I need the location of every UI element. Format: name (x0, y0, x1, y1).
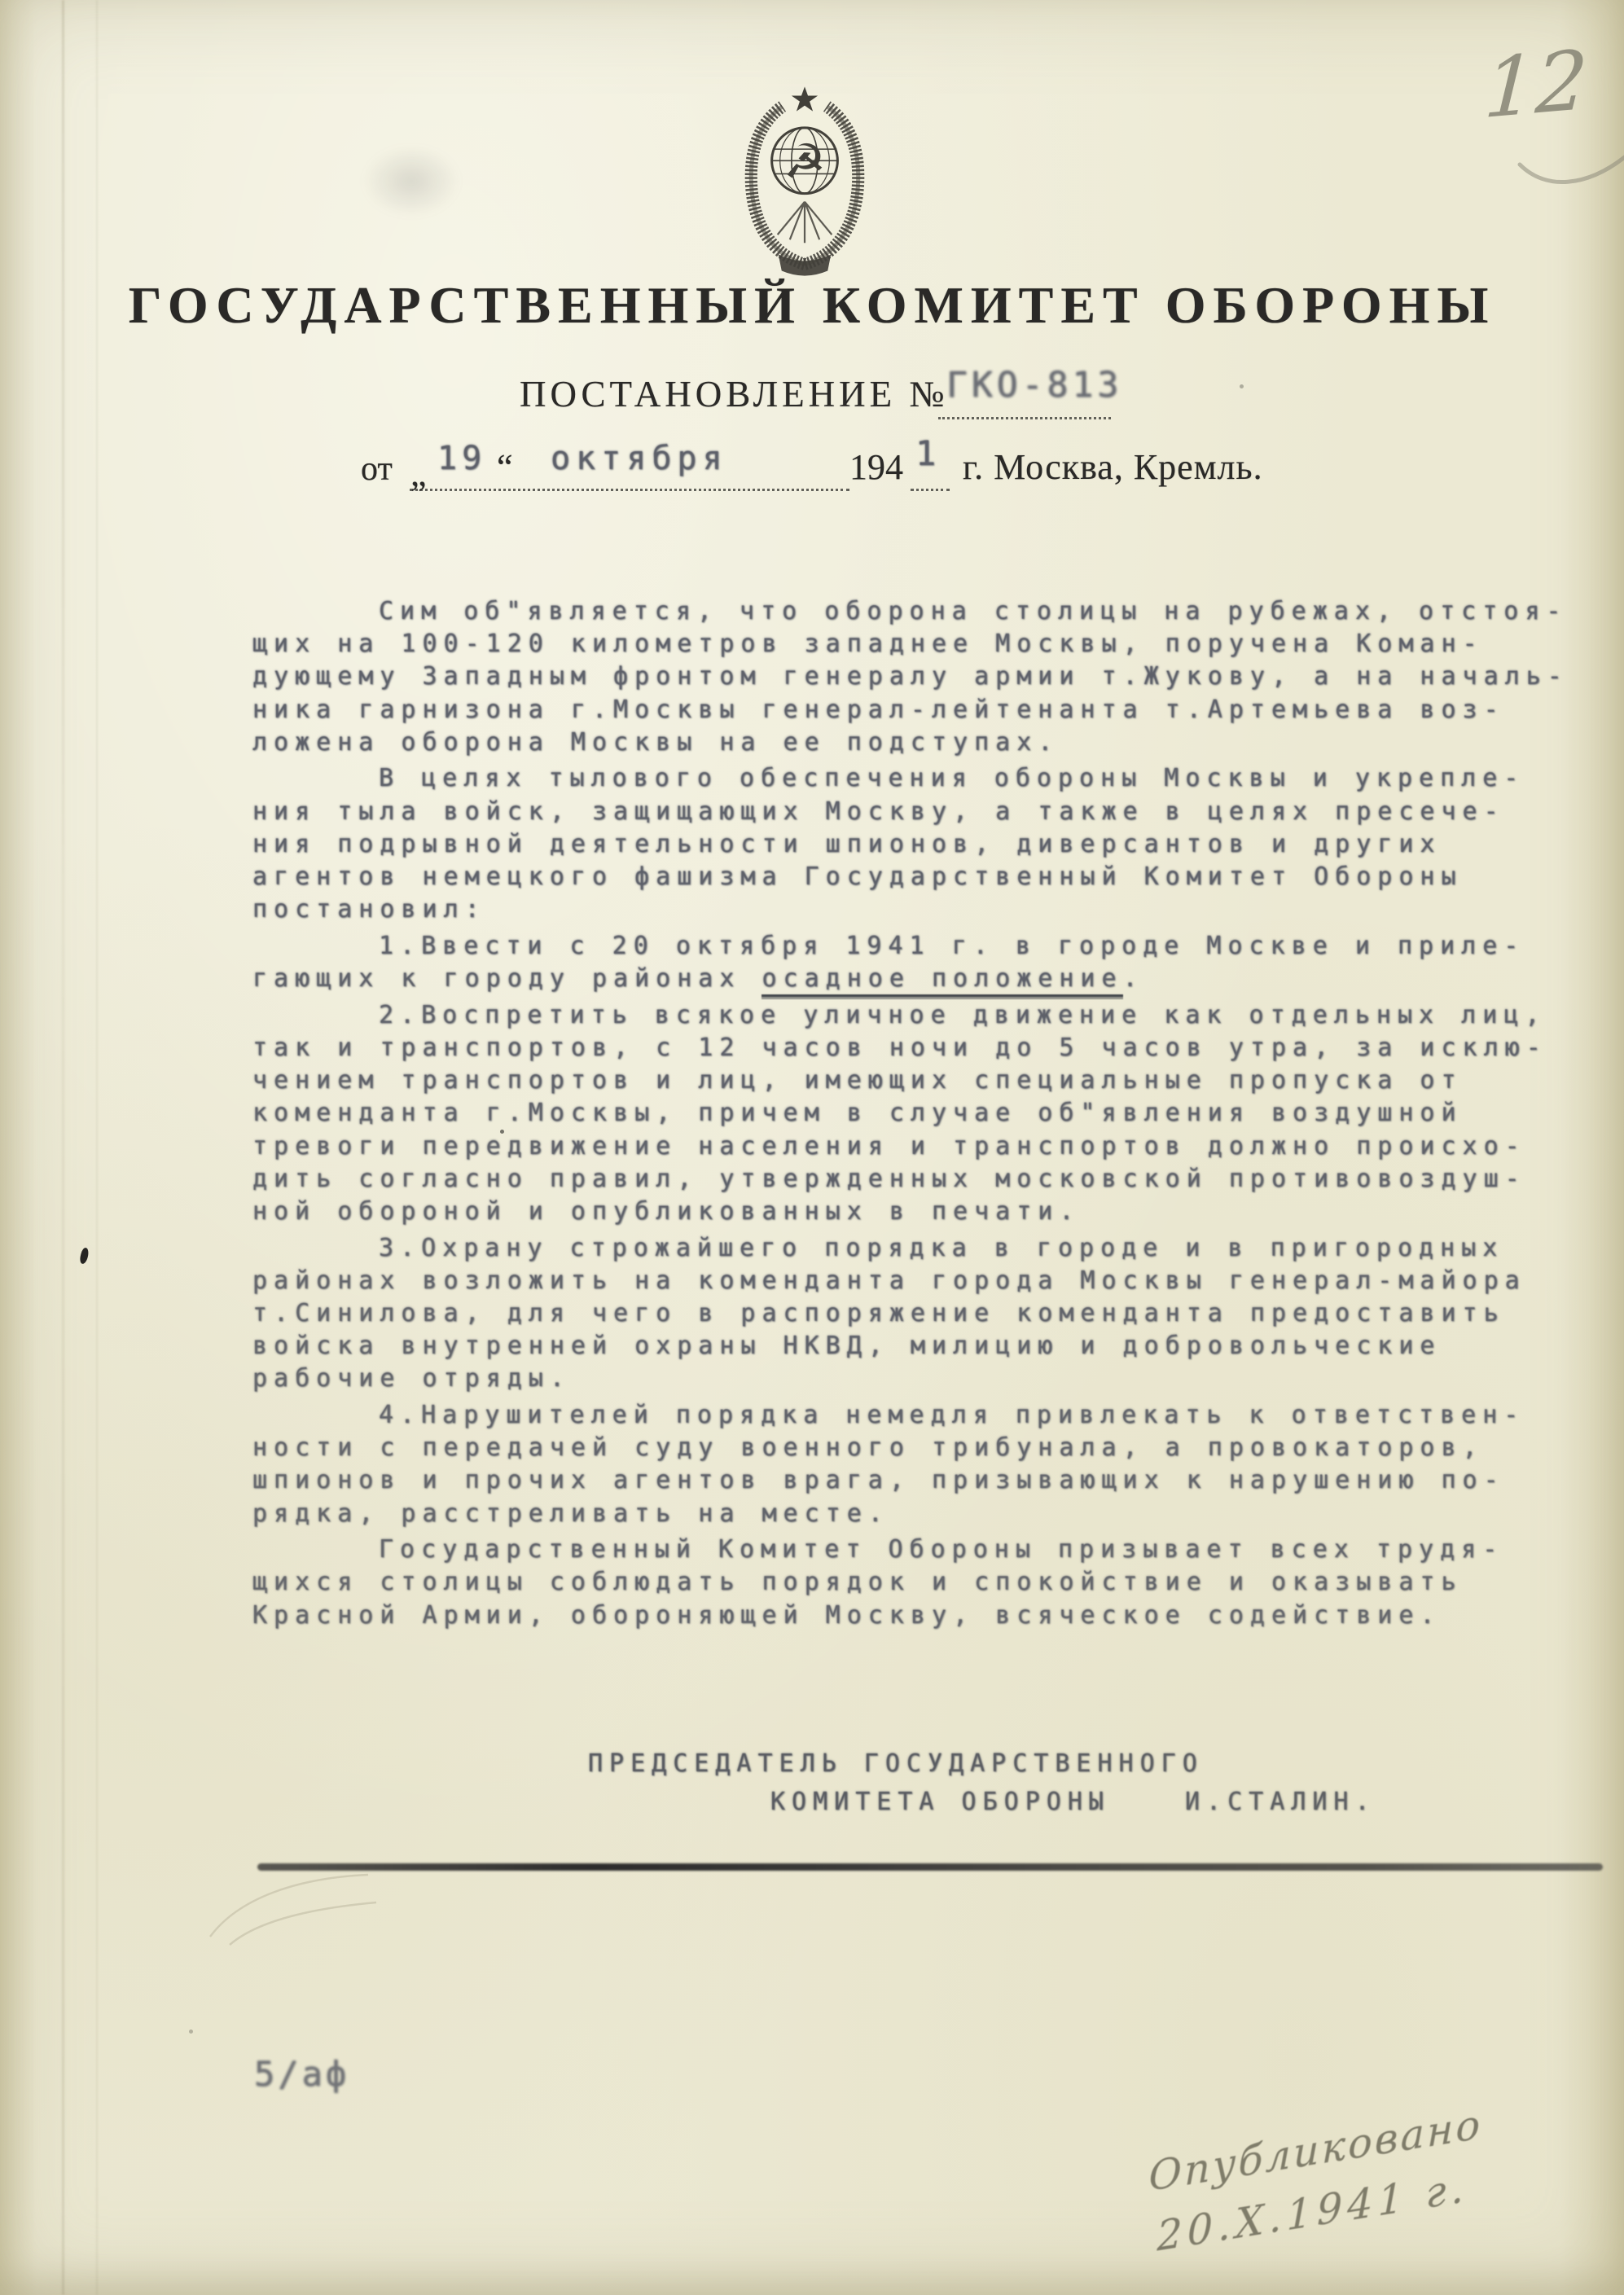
body-line: рядка, расстреливать на месте. (252, 1498, 1564, 1530)
handwritten-published-note: Опубликовано 20.X.1941 г. (1149, 2100, 1483, 2262)
body-paragraph: 4.Нарушителей порядка немедля привлекать… (252, 1399, 1564, 1530)
body-line: дующему Западным фронтом генералу армии … (252, 660, 1564, 693)
body-line: т.Синилова, для чего в распоряжение коме… (252, 1297, 1564, 1330)
decree-label: ПОСТАНОВЛЕНИЕ № (520, 373, 948, 415)
paper-crease (96, 0, 98, 2295)
date-dotted-line (410, 450, 849, 491)
body-line: шпионов и прочих агентов врага, призываю… (252, 1464, 1564, 1497)
body-line: рабочие отряды. (252, 1363, 1564, 1395)
signature-title-line2: КОМИТЕТА ОБОРОНЫИ.СТАЛИН. (770, 1783, 1376, 1821)
signer-name: И.СТАЛИН. (1185, 1788, 1376, 1816)
body-line: Красной Армии, обороняющей Москву, всяче… (252, 1599, 1564, 1632)
body-line: коменданта г.Москвы, причем в случае об"… (252, 1097, 1564, 1130)
body-line: 2.Воспретить всякое уличное движение как… (252, 999, 1564, 1032)
signature-block: ПРЕДСЕДАТЕЛЬ ГОСУДАРСТВЕННОГО КОМИТЕТА О… (588, 1744, 1376, 1821)
body-line: щих на 100-120 километров западнее Москв… (252, 628, 1564, 660)
body-paragraph: Сим об"является, что оборона столицы на … (252, 595, 1564, 759)
body-line: тревоги передвижение населения и транспо… (252, 1130, 1564, 1163)
body-line: 4.Нарушителей порядка немедля привлекать… (252, 1399, 1564, 1432)
body-line: ложена оборона Москвы на ее подступах. (252, 726, 1564, 759)
place-line: г. Москва, Кремль. (963, 446, 1263, 488)
paper-smudge (358, 143, 464, 220)
body-line: щихся столицы соблюдать порядок и спокой… (252, 1566, 1564, 1599)
date-prefix: от (361, 450, 393, 489)
body-paragraph: 1.Ввести с 20 октября 1941 г. в городе М… (252, 930, 1564, 995)
svg-text:☭: ☭ (783, 134, 827, 189)
pencil-flourish (1516, 143, 1624, 200)
year-dotted-line (911, 450, 950, 491)
paper-speck (1240, 384, 1244, 388)
body-line: Государственный Комитет Обороны призывае… (252, 1534, 1564, 1566)
body-line: ника гарнизона г.Москвы генерал-лейтенан… (252, 694, 1564, 726)
soviet-state-emblem-icon: ☭ (718, 85, 891, 279)
signature-title-line2-text: КОМИТЕТА ОБОРОНЫ (770, 1788, 1110, 1816)
typist-mark: 5/аф (254, 2054, 349, 2094)
body-paragraph: 3.Охрану строжайшего порядка в городе и … (252, 1232, 1564, 1396)
body-line: 1.Ввести с 20 октября 1941 г. в городе М… (252, 930, 1564, 963)
body-line: так и транспортов, с 12 часов ночи до 5 … (252, 1032, 1564, 1064)
underlined-phrase: осадное положение (762, 964, 1122, 997)
body-paragraph: Государственный Комитет Обороны призывае… (252, 1534, 1564, 1632)
ink-blot (79, 1247, 90, 1265)
body-line: ния тыла войск, защищающих Москву, а так… (252, 796, 1564, 828)
body-line: В целях тылового обеспечения обороны Мос… (252, 762, 1564, 795)
body-line: гающих к городу районах осадное положени… (252, 963, 1564, 995)
decree-body-text: Сим об"является, что оборона столицы на … (252, 595, 1564, 1635)
body-line: войска внутренней охраны НКВД, милицию и… (252, 1330, 1564, 1363)
body-line: 3.Охрану строжайшего порядка в городе и … (252, 1232, 1564, 1265)
body-line: дить согласно правил, утвержденных моско… (252, 1163, 1564, 1196)
body-paragraph: 2.Воспретить всякое уличное движение как… (252, 999, 1564, 1228)
signature-title-line1: ПРЕДСЕДАТЕЛЬ ГОСУДАРСТВЕННОГО (588, 1744, 1376, 1783)
handwritten-page-number: 12 (1481, 27, 1624, 137)
body-line: чением транспортов и лиц, имеющих специа… (252, 1064, 1564, 1097)
year-printed: 194 (849, 446, 903, 488)
body-line: ния подрывной деятельности шпионов, диве… (252, 828, 1564, 861)
paper-crease (62, 0, 64, 2295)
decree-number: ГКО-813 (946, 365, 1122, 406)
decree-document-page: 12 ☭ ГОСУДАРСТВЕННЫЙ КОМИТЕТ ОБОРОНЫ ПОС… (0, 0, 1624, 2295)
star-icon (792, 86, 818, 111)
body-line: агентов немецкого фашизма Государственны… (252, 861, 1564, 893)
organization-title: ГОСУДАРСТВЕННЫЙ КОМИТЕТ ОБОРОНЫ (0, 275, 1624, 336)
body-line: Сим об"является, что оборона столицы на … (252, 595, 1564, 628)
body-line: ности с передачей суду военного трибунал… (252, 1432, 1564, 1464)
body-line: районах возложить на коменданта города М… (252, 1265, 1564, 1297)
body-paragraph: В целях тылового обеспечения обороны Мос… (252, 762, 1564, 926)
body-line: постановил: (252, 893, 1564, 926)
paper-speck (189, 2030, 193, 2034)
pencil-scratch (205, 1867, 466, 1948)
body-line: ной обороной и опубликованных в печати. (252, 1196, 1564, 1228)
